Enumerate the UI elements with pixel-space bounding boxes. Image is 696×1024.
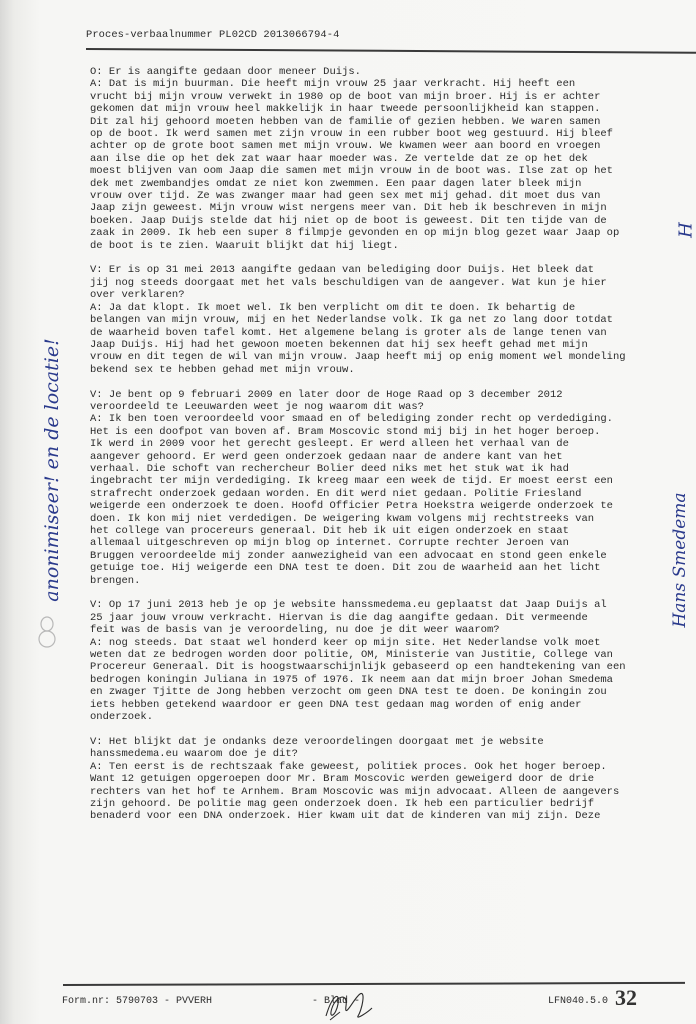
text-line: benaderd voor een DNA onderzoek. Hier kw… xyxy=(90,810,690,822)
text-line: aan ilse die op het dek zat waar haar mo… xyxy=(90,153,690,165)
text-line: boeken. Jaap Duijs stelde dat hij niet o… xyxy=(90,215,690,227)
text-line: gekomen dat mijn vrouw heel makkelijk in… xyxy=(90,103,690,115)
text-line: V: Je bent op 9 februari 2009 en later d… xyxy=(90,389,690,401)
text-line: Want 12 getuigen opgeroepen door Mr. Bra… xyxy=(90,773,690,785)
text-line: onderzoek. xyxy=(90,711,690,723)
text-line: aangever gehoord. Er werd geen onderzoek… xyxy=(90,451,690,463)
qa-block-website-17-juni: V: Op 17 juni 2013 heb je op je website … xyxy=(90,599,690,723)
text-line: Procereur Generaal. Dit is hoogstwaarsch… xyxy=(90,661,690,673)
text-line: Jaap Duijs. Hij had het gewoon moeten be… xyxy=(90,339,690,351)
text-line: doen. Ik kon mij niet verdedigen. De wei… xyxy=(90,513,690,525)
text-line: bekend sex te hebben gehad met mijn vrou… xyxy=(90,364,690,376)
right-margin-top-annotation: H xyxy=(676,222,696,238)
document-body: O: Er is aangifte gedaan door meneer Dui… xyxy=(90,66,690,835)
text-line: A: Ja dat klopt. Ik moet wel. Ik ben ver… xyxy=(90,302,690,314)
text-line: vrouw en dit tegen de wil van mijn vrouw… xyxy=(90,351,690,363)
text-line: veroordeeld te Leeuwarden weet je nog wa… xyxy=(90,401,690,413)
text-line: over verklaren? xyxy=(90,289,690,301)
proces-verbaal-number: Proces-verbaalnummer PL02CD 2013066794-4 xyxy=(86,29,339,41)
text-line: A: Ik ben toen veroordeeld voor smaad en… xyxy=(90,413,690,425)
form-code: LFN040.5.0 xyxy=(548,996,608,1007)
left-margin-annotation: anonimiseer! en de locatie! xyxy=(41,338,63,601)
text-line: weigerde een onderzoek te doen. Hoofd Of… xyxy=(90,500,690,512)
text-line: zaak in 2009. Ik heb een super 8 filmpje… xyxy=(90,227,690,239)
qa-block-aangifte-duijs: O: Er is aangifte gedaan door meneer Dui… xyxy=(90,66,690,252)
text-line: Dit zal hij gehoord moeten hebben van de… xyxy=(90,116,690,128)
text-line: verhaal. Die schoft van rechercheur Boli… xyxy=(90,463,690,475)
text-line: hanssmedema.eu waarom doe je dit? xyxy=(90,748,690,760)
text-line: de waarheid boven tafel komt. Het algeme… xyxy=(90,327,690,339)
document-page: Proces-verbaalnummer PL02CD 2013066794-4… xyxy=(0,0,696,1024)
text-line: allemaal uitgeschreven op mijn blog op i… xyxy=(90,537,690,549)
text-line: ingebracht ter mijn verdediging. Ik kree… xyxy=(90,475,690,487)
header-divider xyxy=(86,48,696,54)
text-line: Ik werd in 2009 voor het gerecht gesleep… xyxy=(90,438,690,450)
text-line: A: Ten eerst is de rechtszaak fake gewee… xyxy=(90,761,690,773)
form-number: Form.nr: 5790703 - PVVERH xyxy=(62,996,212,1007)
signature-icon xyxy=(318,986,378,1024)
text-line: Het is een doofpot van boven af. Bram Mo… xyxy=(90,426,690,438)
text-line: dek met zwembandjes omdat ze niet kon zw… xyxy=(90,178,690,190)
text-line: zijn gehoord. De politie mag geen onderz… xyxy=(90,798,690,810)
qa-block-website-doorgaan: V: Het blijkt dat je ondanks deze veroor… xyxy=(90,736,690,823)
text-line: strafrecht onderzoek gedaan worden. En d… xyxy=(90,488,690,500)
text-line: brengen. xyxy=(90,575,690,587)
text-line: achter op de grote boot samen met mijn v… xyxy=(90,140,690,152)
text-line: de boot is te zien. Waaruit blijkt dat h… xyxy=(90,240,690,252)
text-line: het college van procereurs generaal. Dit… xyxy=(90,525,690,537)
text-line: vrouw over tijd. Ze was zwanger maar had… xyxy=(90,190,690,202)
text-line: A: Dat is mijn buurman. Die heeft mijn v… xyxy=(90,78,690,90)
text-line: en zwager Tjitte de Jong hebben verzocht… xyxy=(90,686,690,698)
right-margin-annotation: Hans Smedema xyxy=(670,492,690,627)
pencil-mark-icon xyxy=(36,615,58,649)
text-line: weten dat ze bedrogen worden door politi… xyxy=(90,649,690,661)
text-line: jij nog steeds doorgaat met het vals bes… xyxy=(90,277,690,289)
text-line: bedrogen koningin Juliana in 1975 of 197… xyxy=(90,674,690,686)
text-line: V: Het blijkt dat je ondanks deze veroor… xyxy=(90,736,690,748)
text-line: getuige toe. Hij weigerde een DNA test t… xyxy=(90,562,690,574)
text-line: iets hebben getekend waardoor er geen DN… xyxy=(90,699,690,711)
text-line: op de boot. Ik werd samen met zijn vrouw… xyxy=(90,128,690,140)
text-line: Jaap zijn geweest. Mijn vrouw wist nerge… xyxy=(90,202,690,214)
text-line: rechters van het hof te Arnhem. Bram Mos… xyxy=(90,786,690,798)
qa-block-belediging: V: Er is op 31 mei 2013 aangifte gedaan … xyxy=(90,264,690,376)
text-line: V: Op 17 juni 2013 heb je op je website … xyxy=(90,599,690,611)
text-line: vrucht bij mijn vrouw verwekt in 1980 op… xyxy=(90,91,690,103)
text-line: 25 jaar jouw vrouw verkracht. Hiervan is… xyxy=(90,612,690,624)
page-number: 32 xyxy=(615,985,637,1011)
text-line: feit was de basis van je veroordeling, n… xyxy=(90,624,690,636)
qa-block-veroordeling: V: Je bent op 9 februari 2009 en later d… xyxy=(90,389,690,588)
text-line: O: Er is aangifte gedaan door meneer Dui… xyxy=(90,66,690,78)
text-line: Bruggen veroordeelde mij zonder aanwezig… xyxy=(90,550,690,562)
text-line: moest blijven van oom Jaap die samen met… xyxy=(90,165,690,177)
text-line: V: Er is op 31 mei 2013 aangifte gedaan … xyxy=(90,264,690,276)
text-line: A: nog steeds. Dat staat wel honderd kee… xyxy=(90,637,690,649)
text-line: belangen van mijn vrouw, mij en het Nede… xyxy=(90,314,690,326)
